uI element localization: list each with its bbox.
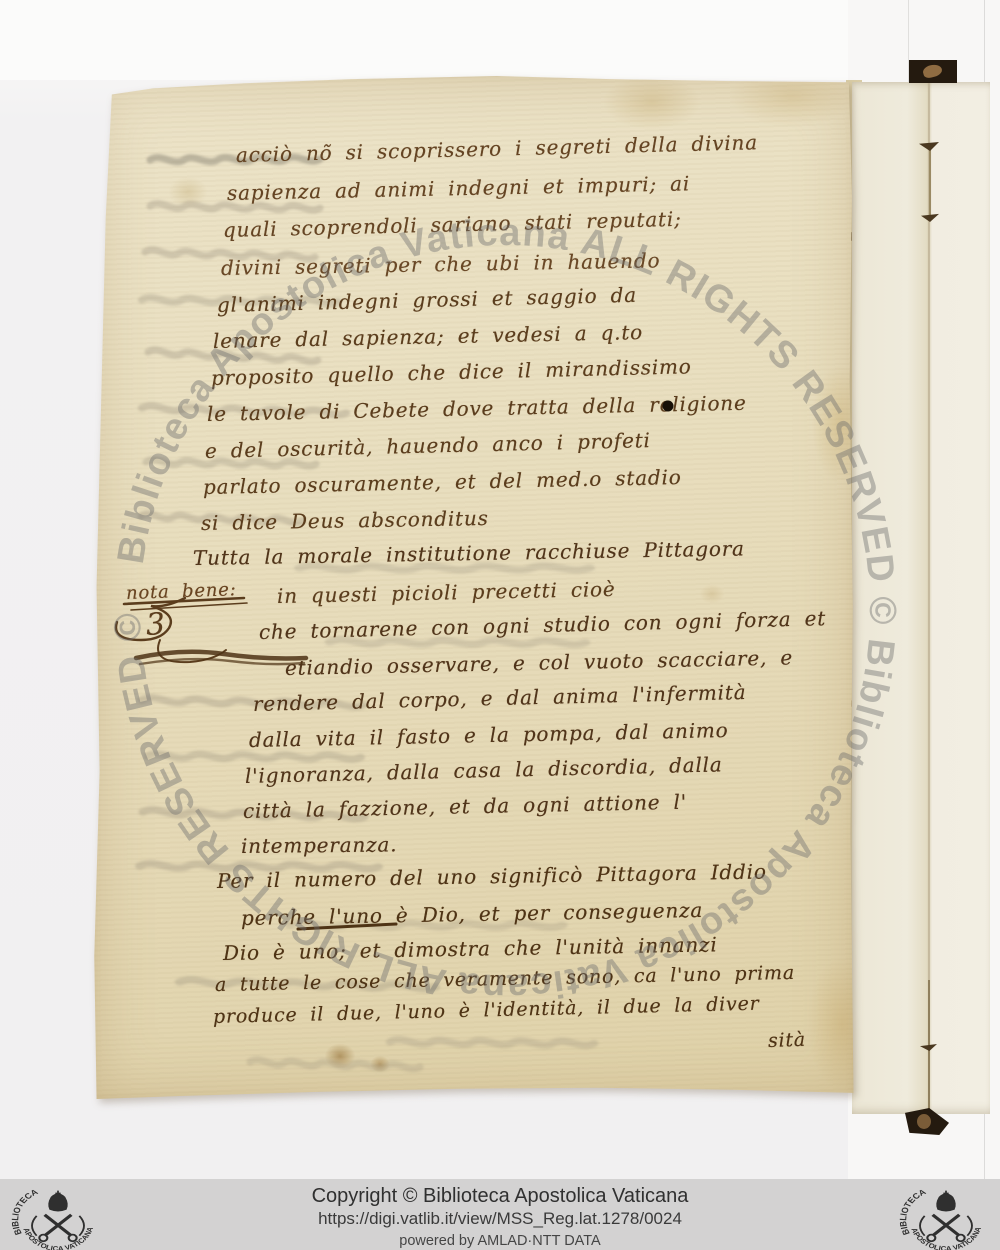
manuscript-line: Per il numero del uno significò Pittagor… [217,859,767,893]
manuscript-line: sapienza ad animi indegni et impuri; ai [227,171,691,205]
manuscript-line: perche l'uno è Dio, et per conseguenza [241,898,704,930]
manuscript-line: divini segreti per che ubi in hauendo [221,248,661,280]
papal-keys-tiara-emblem [920,1191,972,1242]
manuscript-text: acciò nõ si scoprissero i segreti della … [0,0,1000,1180]
manuscript-line: acciò nõ si scoprissero i segreti della … [236,130,758,167]
manuscript-line: proposito quello che dice il mirandissim… [211,354,692,390]
scan-area: acciò nõ si scoprissero i segreti della … [0,0,1000,1180]
powered-by-text: powered by AMLAD·NTT DATA [0,1233,1000,1249]
manuscript-line: e del oscurità, hauendo anco i profeti [205,428,651,463]
manuscript-line: quali scoprendoli sariano stati reputati… [223,207,682,242]
manuscript-line: lenare dal sapienza; et vedesi a q.to [213,320,643,353]
manuscript-line: dalla vita il fasto e la pompa, dal anim… [249,718,729,752]
copyright-text: Copyright © Biblioteca Apostolica Vatica… [0,1185,1000,1208]
digivatlib-scan-page: acciò nõ si scoprissero i segreti della … [0,0,1000,1250]
manuscript-line: città la fazzione, et da ogni attione l' [243,790,688,823]
margin-numeral: 3 [145,607,167,643]
manuscript-line: parlato oscuramente, et del med.o stadio [203,465,682,499]
manuscript-line: Dio è uno; et dimostra che l'unità innan… [223,932,718,965]
manuscript-line: che tornarene con ogni studio con ogni f… [259,606,827,644]
manuscript-line: etiandio osservare, e col vuoto scacciar… [285,645,793,680]
source-url-text: https://digi.vatlib.it/view/MSS_Reg.lat.… [0,1209,1000,1229]
manuscript-line: in questi picioli precetti cioè [277,577,616,608]
margin-note-nota-bene: nota bene: [126,579,237,604]
vatican-library-logo: BIBLIOTECA APOSTOLICA VATICANA [10,1184,106,1250]
manuscript-line: intemperanza. [241,832,398,858]
manuscript-line: gl'animi indegni grossi et saggio da [217,283,637,317]
manuscript-line: si dice Deus absconditus [201,506,489,535]
manuscript-line: Tutta la morale institutione racchiuse P… [193,536,745,570]
manuscript-line: le tavole di Cebete dove tratta della re… [207,391,747,426]
manuscript-line: produce il due, l'uno è l'identità, il d… [213,993,760,1028]
vatican-library-logo: BIBLIOTECA APOSTOLICA VATICANA [898,1184,994,1250]
manuscript-line: sità [768,1029,807,1052]
manuscript-line: l'ignoranza, dalla casa la discordia, da… [245,752,723,788]
manuscript-line: rendere dal corpo, e dal anima l'infermi… [253,680,747,716]
papal-keys-tiara-emblem [32,1191,84,1242]
manuscript-line: a tutte le cose che veramente sono, ca l… [215,962,795,996]
